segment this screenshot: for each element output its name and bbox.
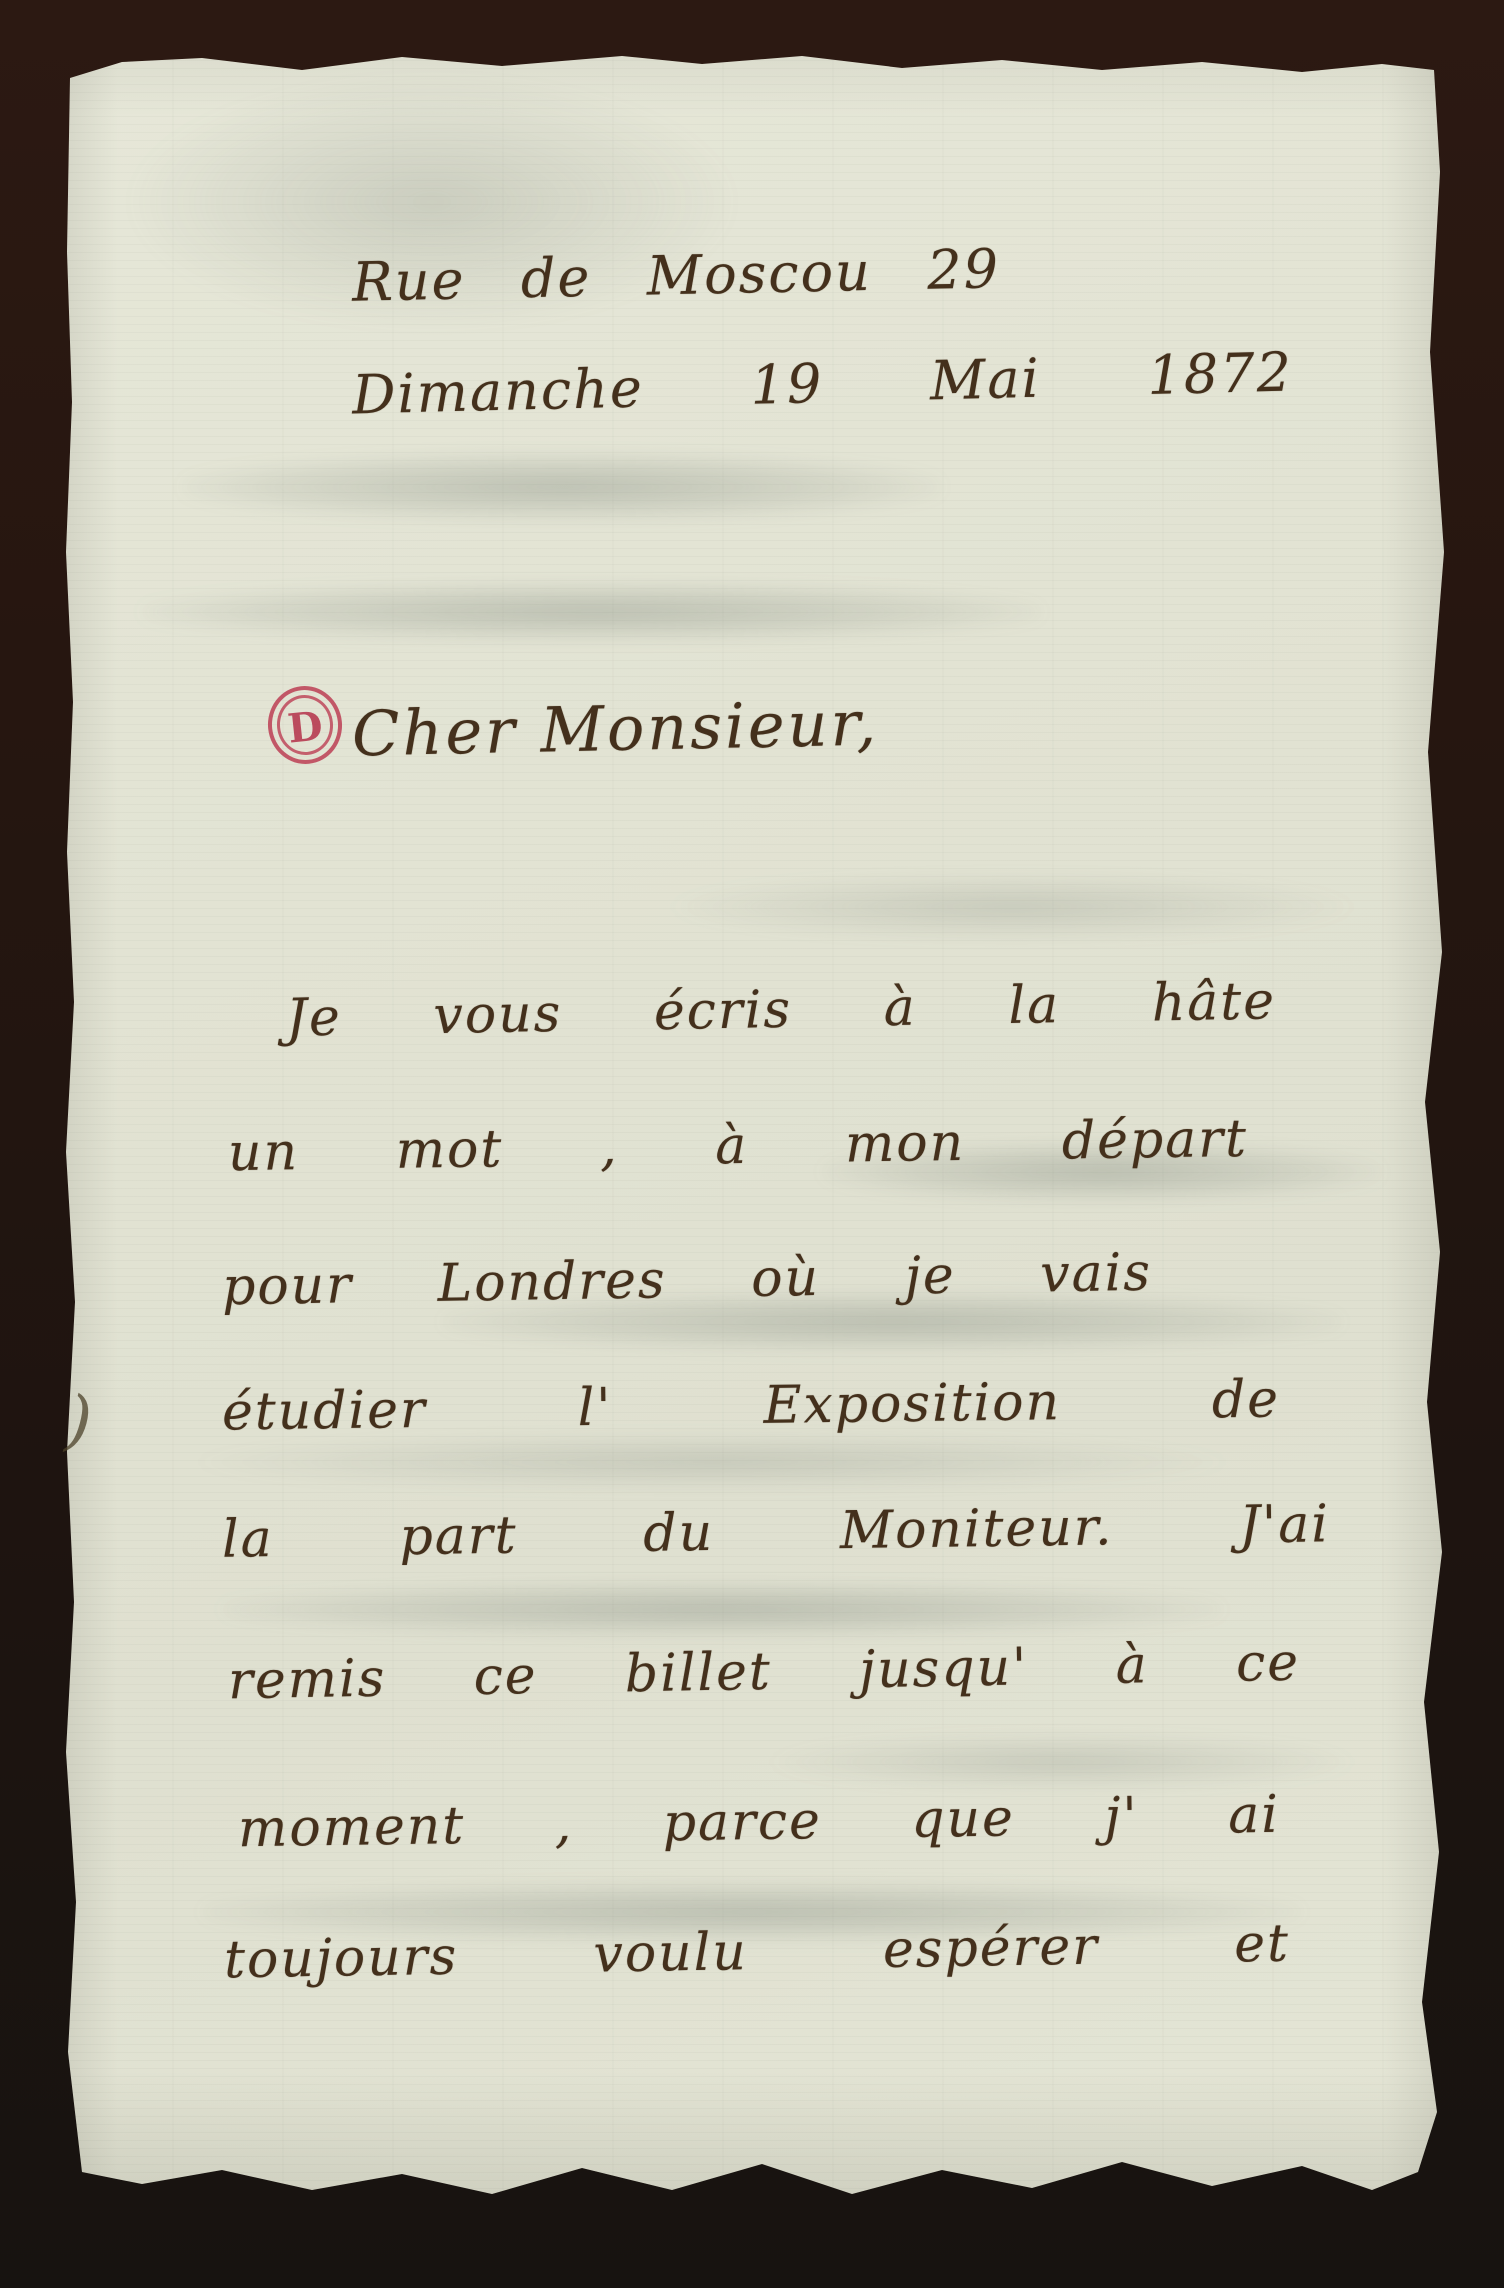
bleed-through-smudge — [182, 452, 942, 522]
bleed-through-smudge — [762, 1732, 1362, 1792]
bleed-through-smudge — [142, 582, 1042, 642]
stamp-letter: D — [269, 691, 342, 764]
photo-background: Rue de Moscou 29 Dimanche 19 Mai 1872 D … — [0, 0, 1504, 2288]
bleed-through-smudge — [662, 872, 1362, 942]
salutation: Cher Monsieur, — [351, 686, 879, 770]
stray-ink-mark: ) — [63, 1381, 94, 1460]
bleed-through-smudge — [222, 1582, 1222, 1637]
